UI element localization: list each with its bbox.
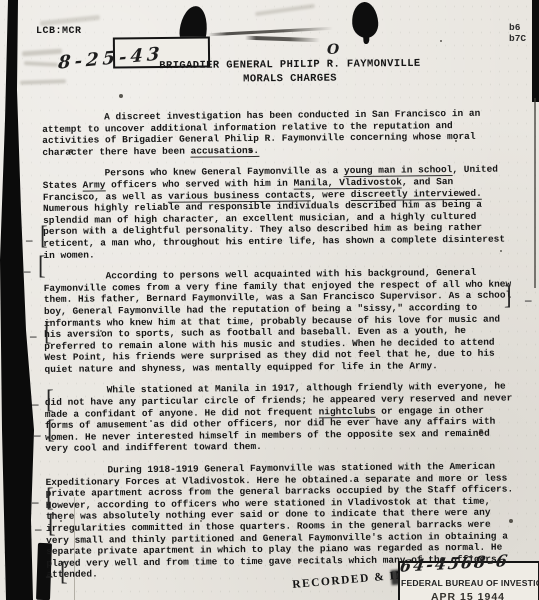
margin-bracket: [: [48, 510, 56, 536]
handwritten-letter: O: [327, 42, 339, 58]
margin-bracket: [: [47, 416, 55, 442]
smudge-mark: [40, 15, 100, 26]
margin-dash: –: [26, 232, 33, 248]
document-page: LCB:MCR 8-25-43 b6 b7C BRIGADIER GENERAL…: [0, 0, 539, 600]
margin-bracket: [: [38, 252, 46, 278]
underlined-text: nightclubs: [318, 405, 375, 418]
scan-edge-left: [0, 0, 44, 600]
margin-bracket: [: [44, 318, 52, 344]
margin-dash: –: [46, 568, 53, 584]
smudge-mark: [22, 49, 62, 57]
margin-bracket: [: [46, 386, 54, 412]
title-line-2: MORALS CHARGES: [140, 71, 440, 88]
margin-bracket-right: ]: [504, 282, 512, 308]
typist-initials: LCB:MCR: [36, 26, 82, 37]
text-segment: Numerous highly reliable and responsible…: [43, 199, 505, 261]
document-body: A discreet investigation has been conduc…: [42, 107, 517, 590]
body-paragraph-2: Persons who knew General Faymonville as …: [43, 164, 514, 261]
margin-bracket: [: [40, 222, 48, 248]
margin-bracket: [: [60, 558, 68, 584]
text-segment: A discreet investigation has been conduc…: [42, 108, 480, 158]
title-line-1: BRIGADIER GENERAL PHILIP R. FAYMONVILLE: [140, 57, 440, 74]
scan-edge-right-line: [534, 98, 536, 288]
pen-scribble: [208, 27, 333, 37]
scan-edge-right: [532, 0, 539, 102]
ink-blot-icon: [351, 1, 379, 39]
margin-dash: –: [32, 396, 39, 412]
text-segment: According to persons well acquainted wit…: [44, 267, 512, 375]
paper-speckles: [0, 0, 2, 2]
document-title: BRIGADIER GENERAL PHILIP R. FAYMONVILLE …: [140, 57, 440, 88]
smudge-mark: [24, 61, 58, 67]
smudge-mark: [255, 4, 315, 16]
exemption-code-b7c: b7C: [509, 33, 526, 44]
body-paragraph-3: According to persons well acquainted wit…: [44, 267, 515, 376]
fbi-stamp-text: FEDERAL BUREAU OF INVESTIGATION: [401, 578, 535, 588]
pen-scribble: [245, 36, 320, 43]
margin-dash: –: [35, 521, 42, 537]
fbi-stamp-date: APR 15 1944: [401, 591, 535, 600]
margin-dash: –: [24, 263, 31, 279]
margin-dash: –: [525, 292, 532, 308]
foia-exemption-codes: b6 b7C: [509, 22, 526, 44]
margin-bracket: [: [46, 484, 54, 510]
body-paragraph-1: A discreet investigation has been conduc…: [42, 107, 512, 158]
underlined-text: accusations.: [191, 145, 260, 158]
body-paragraph-4: While stationed at Manila in 1917, altho…: [45, 381, 516, 455]
smudge-mark: [20, 79, 66, 85]
text-segment: officers who served with him in: [105, 178, 293, 191]
underlined-text: Manila, Vladivostok: [294, 177, 402, 190]
margin-dash: –: [30, 328, 37, 344]
margin-dash: –: [34, 427, 41, 443]
exemption-code-b6: b6: [509, 22, 526, 33]
text-segment: , were: [311, 189, 351, 200]
underlined-text: Army: [83, 179, 106, 191]
margin-dash: –: [32, 494, 39, 510]
